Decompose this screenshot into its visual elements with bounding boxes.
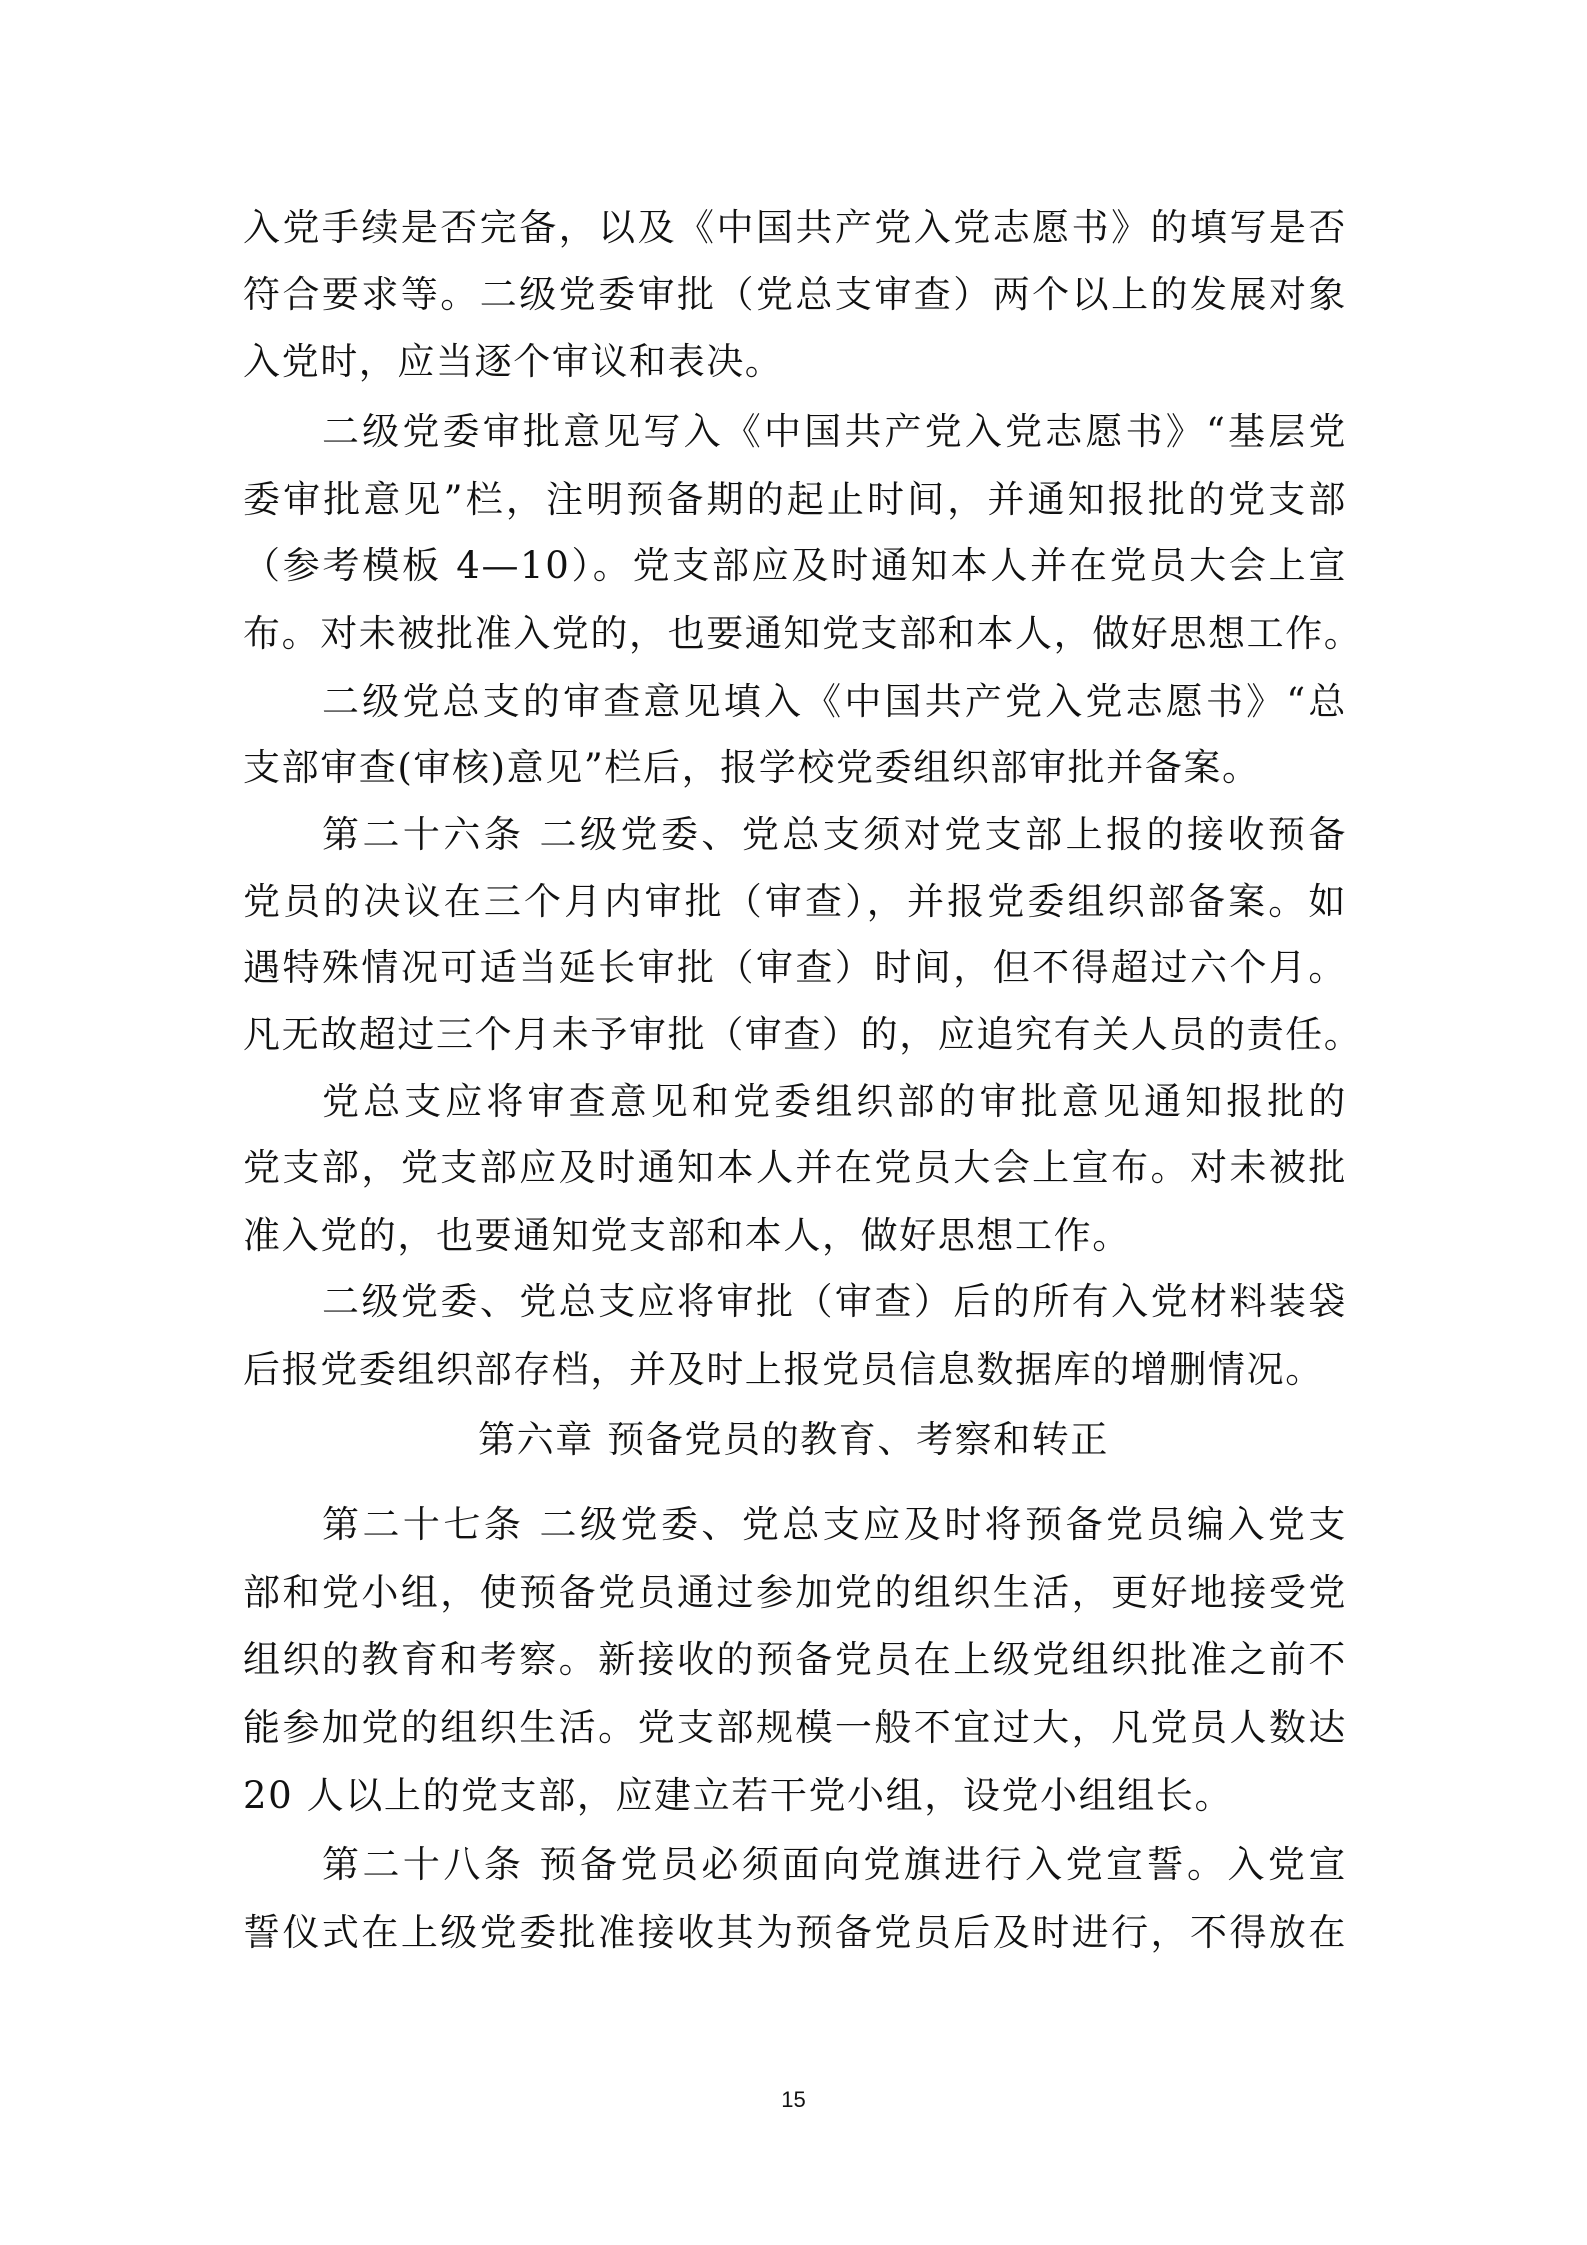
paragraph-line: （参考模板 4—10）。党支部应及时通知本人并在党员大会上宣 (243, 544, 1347, 588)
chapter-heading: 第六章 预备党员的教育、考察和转正 (0, 1418, 1587, 1462)
paragraph-line: 第二十七条 二级党委、党总支应及时将预备党员编入党支 (322, 1503, 1347, 1547)
document-page: 入党手续是否完备，以及《中国共产党入党志愿书》的填写是否 符合要求等。二级党委审… (0, 0, 1587, 2245)
paragraph-line: 二级党委审批意见写入《中国共产党入党志愿书》“基层党 (322, 410, 1347, 454)
paragraph-line: 入党手续是否完备，以及《中国共产党入党志愿书》的填写是否 (243, 206, 1347, 250)
paragraph-line: 二级党总支的审查意见填入《中国共产党入党志愿书》“总 (322, 680, 1347, 724)
paragraph-line: 凡无故超过三个月未予审批（审查）的，应追究有关人员的责任。 (243, 1013, 1347, 1057)
paragraph-line: 部和党小组，使预备党员通过参加党的组织生活，更好地接受党 (243, 1571, 1347, 1615)
paragraph-line: 能参加党的组织生活。党支部规模一般不宜过大，凡党员人数达 (243, 1706, 1347, 1750)
paragraph-line: 布。对未被批准入党的，也要通知党支部和本人，做好思想工作。 (243, 612, 1347, 656)
paragraph-line: 遇特殊情况可适当延长审批（审查）时间，但不得超过六个月。 (243, 946, 1347, 990)
paragraph-line: 后报党委组织部存档，并及时上报党员信息数据库的增删情况。 (243, 1348, 1347, 1392)
paragraph-line: 党员的决议在三个月内审批（审查），并报党委组织部备案。如 (243, 880, 1347, 924)
paragraph-line: 党支部，党支部应及时通知本人并在党员大会上宣布。对未被批 (243, 1146, 1347, 1190)
paragraph-line: 组织的教育和考察。新接收的预备党员在上级党组织批准之前不 (243, 1638, 1347, 1682)
paragraph-line: 20 人以上的党支部，应建立若干党小组，设党小组组长。 (243, 1774, 1347, 1818)
paragraph-line: 第二十六条 二级党委、党总支须对党支部上报的接收预备 (322, 813, 1347, 857)
paragraph-line: 二级党委、党总支应将审批（审查）后的所有入党材料装袋 (322, 1280, 1347, 1324)
paragraph-line: 第二十八条 预备党员必须面向党旗进行入党宣誓。入党宣 (322, 1843, 1347, 1887)
paragraph-line: 党总支应将审查意见和党委组织部的审批意见通知报批的 (322, 1080, 1347, 1124)
page-number: 15 (0, 2087, 1587, 2113)
paragraph-line: 誓仪式在上级党委批准接收其为预备党员后及时进行，不得放在 (243, 1911, 1347, 1955)
paragraph-line: 委审批意见”栏，注明预备期的起止时间，并通知报批的党支部 (243, 478, 1347, 522)
paragraph-line: 准入党的，也要通知党支部和本人，做好思想工作。 (243, 1214, 1347, 1258)
paragraph-line: 支部审查(审核)意见”栏后，报学校党委组织部审批并备案。 (243, 746, 1347, 790)
paragraph-line: 符合要求等。二级党委审批（党总支审查）两个以上的发展对象 (243, 273, 1347, 317)
paragraph-line: 入党时，应当逐个审议和表决。 (243, 340, 1347, 384)
